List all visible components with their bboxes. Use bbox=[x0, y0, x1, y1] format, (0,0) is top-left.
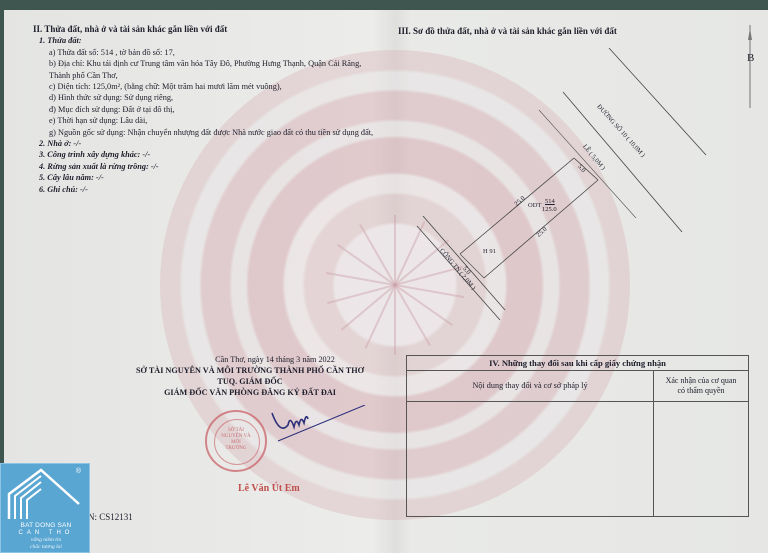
neighbor-label: H 91 bbox=[483, 246, 496, 257]
parcel-area: 125.0 bbox=[542, 204, 557, 215]
logo-slogan: vững niềm tin chắc tương lai bbox=[1, 537, 91, 551]
logo-slogan-line2: chắc tương lai bbox=[1, 544, 91, 551]
bds-cantho-logo: ® BAT DONG SAN CAN THO vững niềm tin chắ… bbox=[0, 463, 90, 553]
logo-line1: BAT DONG SAN bbox=[1, 522, 91, 529]
changes-table-title: IV. Những thay đổi sau khi cấp giấy chứn… bbox=[407, 356, 748, 371]
registered-mark: ® bbox=[76, 468, 81, 475]
authority-confirmation-header: Xác nhận của cơ quan có thẩm quyền bbox=[654, 371, 748, 401]
authority-header-line2: có thẩm quyền bbox=[654, 386, 748, 396]
parcel-code: ODT bbox=[528, 200, 541, 211]
authority-header-line1: Xác nhận của cơ quan bbox=[654, 376, 748, 386]
authority-confirmation-cell bbox=[654, 402, 748, 517]
logo-slogan-line1: vững niềm tin bbox=[1, 537, 91, 544]
changes-content-header: Nội dung thay đổi và cơ sở pháp lý bbox=[407, 371, 654, 401]
changes-content-cell bbox=[407, 402, 654, 517]
changes-table: IV. Những thay đổi sau khi cấp giấy chứn… bbox=[406, 355, 749, 517]
logo-line2: CAN THO bbox=[1, 530, 91, 536]
